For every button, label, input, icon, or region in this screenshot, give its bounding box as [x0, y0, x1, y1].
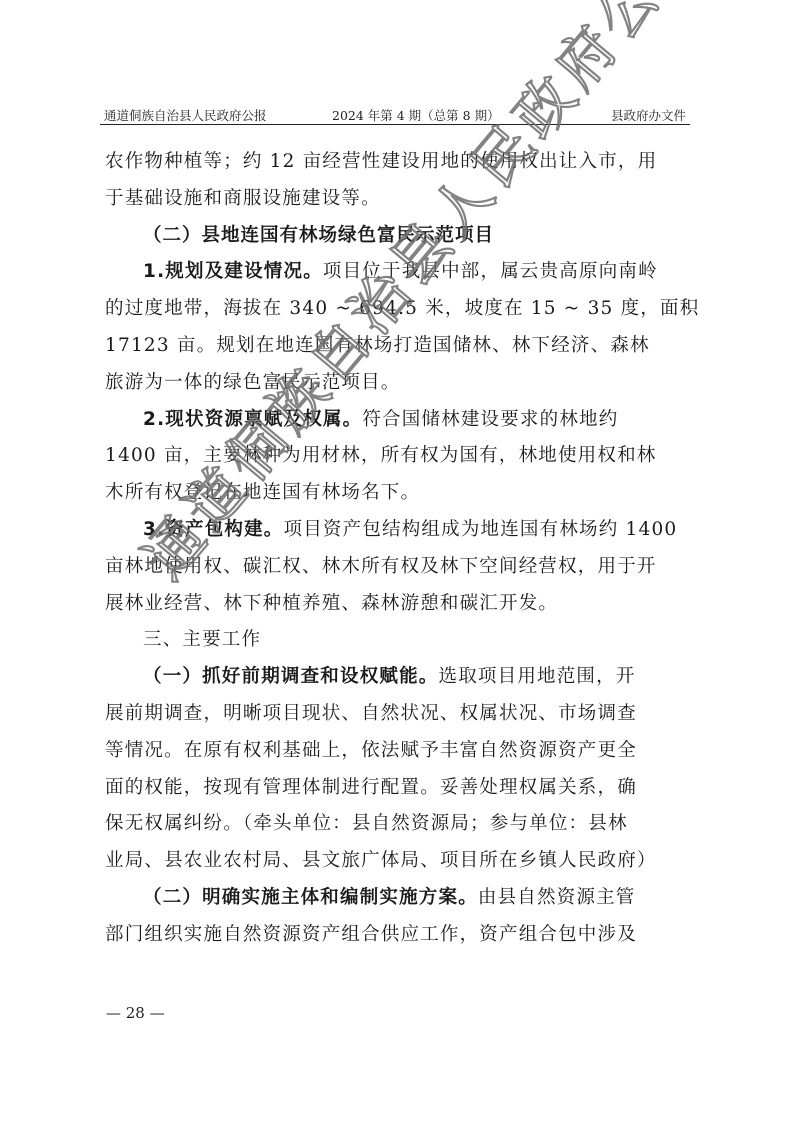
header-document-category: 县政府办文件 — [611, 106, 686, 124]
paragraph-line: 17123 亩。规划在地连国有林场打造国储林、林下经济、森林 — [105, 328, 685, 365]
paragraph-line: 等情况。在原有权利基础上，依法赋予丰富自然资源资产更全 — [105, 733, 685, 770]
paragraph-line: 保无权属纠纷。（牵头单位：县自然资源局；参与单位：县林 — [105, 806, 685, 843]
paragraph-line: 旅游为一体的绿色富民示范项目。 — [105, 365, 685, 402]
paragraph-line: 部门组织实施自然资源资产组合供应工作，资产组合包中涉及 — [105, 917, 685, 954]
item-text: 由县自然资源主管 — [478, 880, 636, 917]
paragraph-line: 面的权能，按现有管理体制进行配置。妥善处理权属关系，确 — [105, 770, 685, 807]
paragraph-line: 1400 亩，主要林种为用材林，所有权为国有，林地使用权和林 — [105, 438, 685, 475]
page-number: — 28 — — [106, 1004, 165, 1022]
paragraph-line: 亩林地使用权、碳汇权、林木所有权及林下空间经营权，用于开 — [105, 549, 685, 586]
paragraph-work-1-first-line: （一）抓好前期调查和设权赋能。 选取项目用地范围，开 — [105, 659, 685, 696]
header-publication-title: 通道侗族自治县人民政府公报 — [104, 106, 267, 124]
document-body: 农作物种植等；约 12 亩经营性建设用地的使用权出让入市，用 于基础设施和商服设… — [105, 144, 685, 954]
item-text: 选取项目用地范围，开 — [439, 659, 636, 696]
item-title: 3.资产包构建。 — [143, 512, 284, 549]
paragraph-line: 业局、县农业农村局、县文旅广体局、项目所在乡镇人民政府） — [105, 843, 685, 880]
paragraph-line: 木所有权登记在地连国有林场名下。 — [105, 475, 685, 512]
paragraph-line: 农作物种植等；约 12 亩经营性建设用地的使用权出让入市，用 — [105, 144, 685, 181]
item-title: 1.规划及建设情况。 — [143, 254, 323, 291]
paragraph-item-3-first-line: 3.资产包构建。 项目资产包结构组成为地连国有林场约 1400 — [105, 512, 685, 549]
paragraph-line: 展前期调查，明晰项目现状、自然状况、权属状况、市场调查 — [105, 696, 685, 733]
item-text: 项目资产包结构组成为地连国有林场约 1400 — [284, 512, 678, 549]
item-text: 项目位于我县中部，属云贵高原向南岭 — [323, 254, 658, 291]
header-divider — [100, 124, 690, 125]
paragraph-item-1-first-line: 1.规划及建设情况。 项目位于我县中部，属云贵高原向南岭 — [105, 254, 685, 291]
paragraph-work-2-first-line: （二）明确实施主体和编制实施方案。 由县自然资源主管 — [105, 880, 685, 917]
item-title: （二）明确实施主体和编制实施方案。 — [143, 880, 478, 917]
section-heading: 三、主要工作 — [105, 622, 685, 659]
item-text: 符合国储林建设要求的林地约 — [362, 402, 618, 439]
header-issue-number: 2024 年第 4 期（总第 8 期） — [332, 106, 500, 124]
item-title: 2.现状资源禀赋及权属。 — [143, 402, 362, 439]
item-title: （一）抓好前期调查和设权赋能。 — [143, 659, 439, 696]
section-heading: （二）县地连国有林场绿色富民示范项目 — [105, 218, 685, 255]
paragraph-item-2-first-line: 2.现状资源禀赋及权属。 符合国储林建设要求的林地约 — [105, 402, 685, 439]
paragraph-line: 于基础设施和商服设施建设等。 — [105, 181, 685, 218]
paragraph-line: 展林业经营、林下种植养殖、森林游憩和碳汇开发。 — [105, 586, 685, 623]
running-header: 通道侗族自治县人民政府公报 2024 年第 4 期（总第 8 期） 县政府办文件 — [100, 106, 690, 126]
paragraph-line: 的过度地带，海拔在 340 ~ 694.5 米，坡度在 15 ~ 35 度，面积 — [105, 291, 685, 328]
